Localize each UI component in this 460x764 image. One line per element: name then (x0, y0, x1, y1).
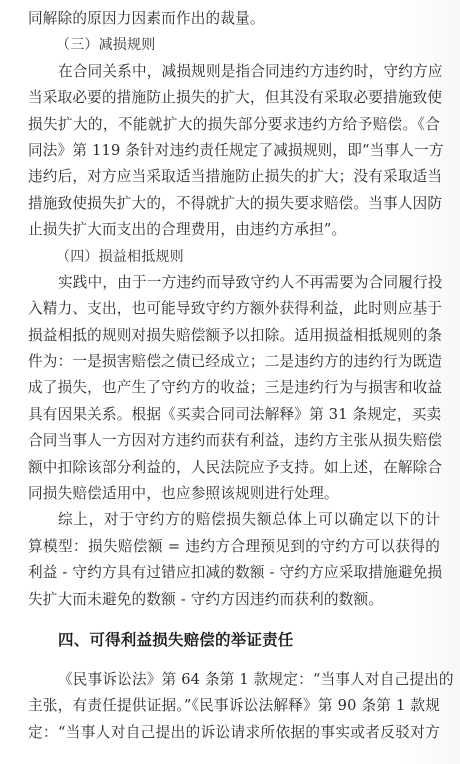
paragraph-line: 在合同关系中，减损规则是指合同违约方违约时，守约方应 (28, 59, 440, 85)
paragraph-line: 定：“当事人对自己提出的诉讼请求所依据的事实或者反驳对方 (28, 720, 440, 746)
paragraph-line: 算模型：损失赔偿额 = 违约方合理预见到的守约方可以获得的 (28, 534, 440, 560)
paragraph-line: 实践中，由于一方违约而导致守约人不再需要为合同履行投 (28, 270, 440, 296)
paragraph-line: 违约后，对方应当采取适当措施防止损失的扩大；没有采取适当 (28, 164, 440, 190)
paragraph-line: 措施致使损失扩大的，不得就扩大的损失要求赔偿。当事人因防 (28, 191, 440, 217)
subsection-title-mitigation: （三）减损规则 (28, 32, 440, 58)
paragraph-line: 成了损失，也产生了守约方的收益；三是违约行为与损害和收益 (28, 375, 440, 401)
paragraph-line: 损益相抵的规则对损失赔偿额予以扣除。适用损益相抵规则的条 (28, 323, 440, 349)
paragraph-line: 件为：一是损害赔偿之债已经成立；二是违约方的违约行为既造 (28, 349, 440, 375)
paragraph-line: 合同当事人一方因对方违约而获有利益，违约方主张从损失赔偿 (28, 428, 440, 454)
document-page: 同解除的原因力因素而作出的裁量。 （三）减损规则 在合同关系中，减损规则是指合同… (0, 0, 460, 764)
document-body: 同解除的原因力因素而作出的裁量。 （三）减损规则 在合同关系中，减损规则是指合同… (28, 6, 440, 746)
paragraph-line: 失扩大而未避免的数额 - 守约方因违约而获利的数额。 (28, 587, 440, 613)
paragraph-line: 额中扣除该部分利益的，人民法院应予支持。如上述，在解除合 (28, 455, 440, 481)
paragraph-line: 《民事诉讼法》第 64 条第 1 款规定：“当事人对自己提出的 (28, 667, 440, 693)
paragraph-line: 当采取必要的措施防止损失的扩大，但其没有采取必要措施致使 (28, 85, 440, 111)
paragraph-line: 损失扩大的，不能就扩大的损失部分要求违约方给予赔偿。《合 (28, 112, 440, 138)
paragraph-line: 入精力、支出，也可能导致守约方额外获得利益，此时则应基于 (28, 296, 440, 322)
subsection-title-offset: （四）损益相抵规则 (28, 244, 440, 270)
paragraph-line: 止损失扩大而支出的合理费用，由违约方承担”。 (28, 217, 440, 243)
chapter-heading: 四、可得利益损失赔偿的举证责任 (28, 627, 440, 653)
paragraph-line: 同解除的原因力因素而作出的裁量。 (28, 6, 440, 32)
paragraph-line: 主张，有责任提供证据。”《民事诉讼法解释》第 90 条第 1 款规 (28, 693, 440, 719)
paragraph-line: 利益 - 守约方具有过错应扣减的数额 - 守约方应采取措施避免损 (28, 560, 440, 586)
paragraph-line: 同损失赔偿适用中，也应参照该规则进行处理。 (28, 481, 440, 507)
paragraph-line: 综上，对于守约方的赔偿损失额总体上可以确定以下的计 (28, 507, 440, 533)
paragraph-line: 同法》第 119 条针对违约责任规定了减损规则，即“当事人一方 (28, 138, 440, 164)
paragraph-line: 具有因果关系。根据《买卖合同司法解释》第 31 条规定，买卖 (28, 402, 440, 428)
